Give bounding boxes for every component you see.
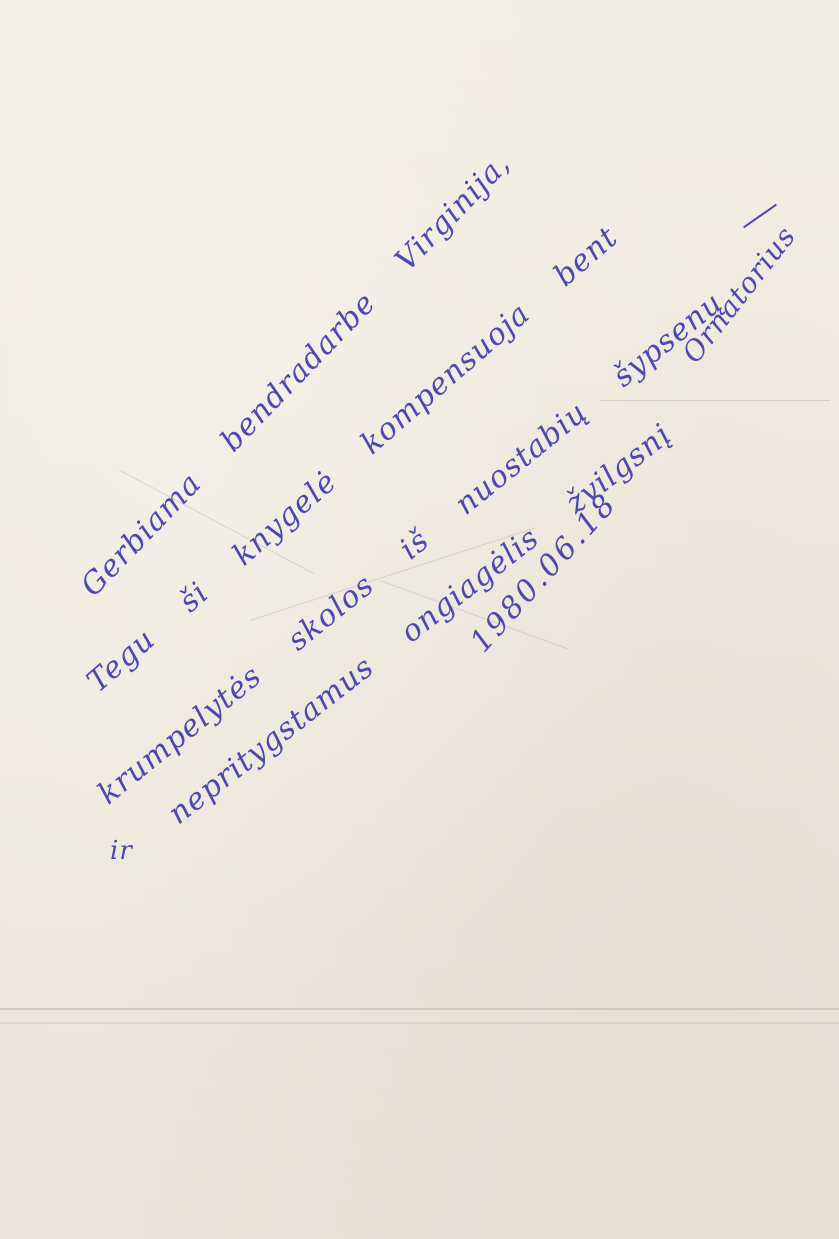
- paper-fold-line-shadow: [0, 1022, 839, 1024]
- paper-fold-line: [0, 1008, 839, 1010]
- paper-crease: [600, 400, 830, 401]
- dedication-line-5: ir: [110, 838, 133, 864]
- word: ir: [110, 836, 133, 866]
